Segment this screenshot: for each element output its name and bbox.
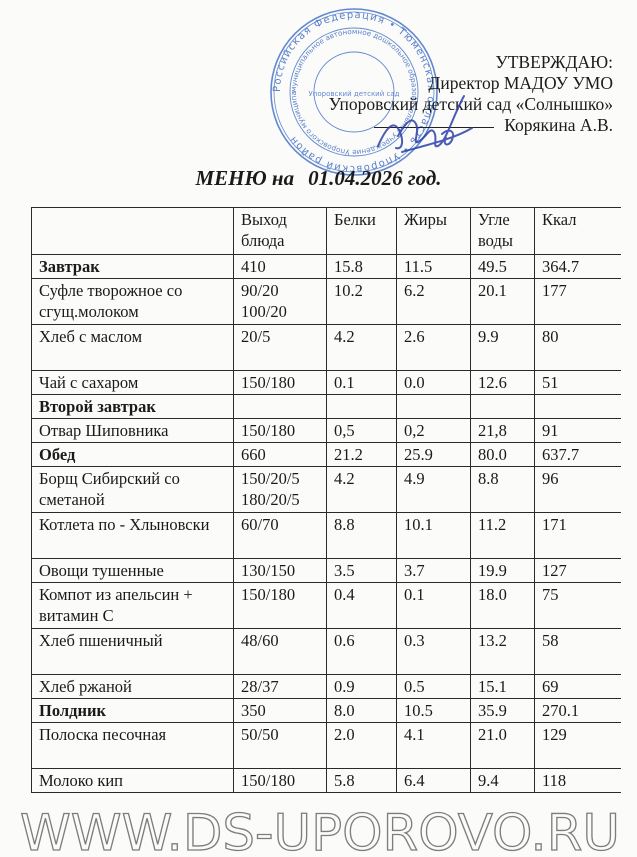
dish-carbs: 8.8 [471,467,535,513]
dish-yield: 60/70 [234,513,327,559]
dish-yield: 90/20 100/20 [234,279,327,325]
dish-yield [234,395,327,419]
dish-carbs: 9.9 [471,325,535,371]
dish-carbs [471,395,535,419]
dish-protein: 0.6 [327,629,397,675]
dish-fat: 3.7 [397,559,471,583]
dish-protein: 0.1 [327,371,397,395]
dish-carbs: 13.2 [471,629,535,675]
dish-protein: 4.2 [327,467,397,513]
table-section-row: Второй завтрак [32,395,621,419]
dish-protein: 10.2 [327,279,397,325]
dish-kcal: 96 [535,467,621,513]
dish-name: Хлеб пшеничный [32,629,234,675]
dish-fat: 25.9 [397,443,471,467]
dish-name: Полдник [32,699,234,723]
approval-heading: УТВЕРЖДАЮ: [329,52,613,73]
dish-yield: 150/180 [234,371,327,395]
dish-fat: 0,2 [397,419,471,443]
dish-fat: 0.1 [397,583,471,629]
dish-name: Компот из апельсин + витамин С [32,583,234,629]
table-row: Компот из апельсин + витамин С150/1800.4… [32,583,621,629]
dish-kcal: 51 [535,371,621,395]
dish-carbs: 21,8 [471,419,535,443]
dish-protein: 15.8 [327,255,397,279]
dish-yield: 660 [234,443,327,467]
dish-name: Обед [32,443,234,467]
dish-protein: 0.9 [327,675,397,699]
table-row: Хлеб пшеничный48/600.60.313.258 [32,629,621,675]
title-prefix: МЕНЮ на [195,166,294,190]
dish-name: Завтрак [32,255,234,279]
header-dish [32,208,234,255]
table-row: Хлеб с маслом20/54.22.69.980 [32,325,621,371]
dish-kcal: 80 [535,325,621,371]
dish-fat: 11.5 [397,255,471,279]
dish-name: Отвар Шиповника [32,419,234,443]
dish-name: Молоко кип [32,769,234,793]
page-title: МЕНЮ на01.04.2026 год. [0,166,637,191]
dish-fat: 6.4 [397,769,471,793]
table-row: Чай с сахаром150/1800.10.012.651 [32,371,621,395]
dish-kcal: 637.7 [535,443,621,467]
dish-fat: 2.6 [397,325,471,371]
table-row: Овощи тушенные130/1503.53.719.9127 [32,559,621,583]
dish-kcal [535,395,621,419]
dish-yield: 410 [234,255,327,279]
dish-yield: 48/60 [234,629,327,675]
table-row: Котлета по - Хлыновски60/708.810.111.217… [32,513,621,559]
dish-protein: 4.2 [327,325,397,371]
table-row: Отвар Шиповника150/1800,50,221,891 [32,419,621,443]
dish-yield: 150/20/5 180/20/5 [234,467,327,513]
dish-kcal: 129 [535,723,621,769]
dish-protein: 0.4 [327,583,397,629]
dish-fat: 0.5 [397,675,471,699]
dish-kcal: 364.7 [535,255,621,279]
dish-yield: 150/180 [234,583,327,629]
dish-protein: 5.8 [327,769,397,793]
table-section-row: Полдник3508.010.535.9270.1 [32,699,621,723]
dish-kcal: 118 [535,769,621,793]
dish-fat: 4.9 [397,467,471,513]
dish-carbs: 19.9 [471,559,535,583]
dish-protein [327,395,397,419]
dish-kcal: 91 [535,419,621,443]
dish-carbs: 35.9 [471,699,535,723]
approval-signatory: Корякина А.В. [504,115,613,135]
dish-yield: 350 [234,699,327,723]
table-section-row: Обед66021.225.980.0637.7 [32,443,621,467]
dish-kcal: 58 [535,629,621,675]
table-section-row: Завтрак41015.811.549.5364.7 [32,255,621,279]
signature-icon [372,88,482,158]
dish-carbs: 9.4 [471,769,535,793]
header-fat: Жиры [397,208,471,255]
dish-carbs: 21.0 [471,723,535,769]
dish-fat: 10.1 [397,513,471,559]
dish-name: Второй завтрак [32,395,234,419]
dish-kcal: 127 [535,559,621,583]
table-row: Борщ Сибирский со сметаной150/20/5 180/2… [32,467,621,513]
dish-name: Котлета по - Хлыновски [32,513,234,559]
dish-name: Полоска песочная [32,723,234,769]
dish-carbs: 12.6 [471,371,535,395]
dish-yield: 130/150 [234,559,327,583]
dish-carbs: 20.1 [471,279,535,325]
dish-protein: 21.2 [327,443,397,467]
header-yield: Выход блюда [234,208,327,255]
dish-protein: 0,5 [327,419,397,443]
dish-yield: 150/180 [234,419,327,443]
dish-carbs: 18.0 [471,583,535,629]
dish-name: Борщ Сибирский со сметаной [32,467,234,513]
dish-fat: 10.5 [397,699,471,723]
dish-protein: 3.5 [327,559,397,583]
dish-yield: 50/50 [234,723,327,769]
dish-kcal: 171 [535,513,621,559]
dish-carbs: 49.5 [471,255,535,279]
dish-fat: 6.2 [397,279,471,325]
dish-name: Чай с сахаром [32,371,234,395]
dish-fat [397,395,471,419]
table-row: Молоко кип150/1805.86.49.4118 [32,769,621,793]
table-row: Хлеб ржаной28/370.90.515.169 [32,675,621,699]
menu-table: Выход блюда Белки Жиры Угле воды Ккал За… [31,207,621,793]
dish-kcal: 177 [535,279,621,325]
table-body: Завтрак41015.811.549.5364.7Суфле творожн… [32,255,621,793]
website-watermark: WWW.DS-UPOROVO.RU [0,800,637,857]
svg-text:WWW.DS-UPOROVO.RU: WWW.DS-UPOROVO.RU [20,804,620,857]
dish-kcal: 69 [535,675,621,699]
dish-carbs: 80.0 [471,443,535,467]
dish-name: Суфле творожное со сгущ.молоком [32,279,234,325]
dish-protein: 8.8 [327,513,397,559]
dish-kcal: 270.1 [535,699,621,723]
header-carbs: Угле воды [471,208,535,255]
table-header-row: Выход блюда Белки Жиры Угле воды Ккал [32,208,621,255]
dish-carbs: 15.1 [471,675,535,699]
header-protein: Белки [327,208,397,255]
table-row: Суфле творожное со сгущ.молоком90/20 100… [32,279,621,325]
header-kcal: Ккал [535,208,621,255]
dish-yield: 150/180 [234,769,327,793]
dish-yield: 28/37 [234,675,327,699]
dish-name: Овощи тушенные [32,559,234,583]
dish-name: Хлеб с маслом [32,325,234,371]
dish-fat: 0.0 [397,371,471,395]
dish-protein: 8.0 [327,699,397,723]
dish-fat: 4.1 [397,723,471,769]
dish-protein: 2.0 [327,723,397,769]
dish-yield: 20/5 [234,325,327,371]
dish-fat: 0.3 [397,629,471,675]
dish-name: Хлеб ржаной [32,675,234,699]
title-date: 01.04.2026 год. [308,166,441,190]
table-row: Полоска песочная50/502.04.121.0129 [32,723,621,769]
dish-carbs: 11.2 [471,513,535,559]
dish-kcal: 75 [535,583,621,629]
